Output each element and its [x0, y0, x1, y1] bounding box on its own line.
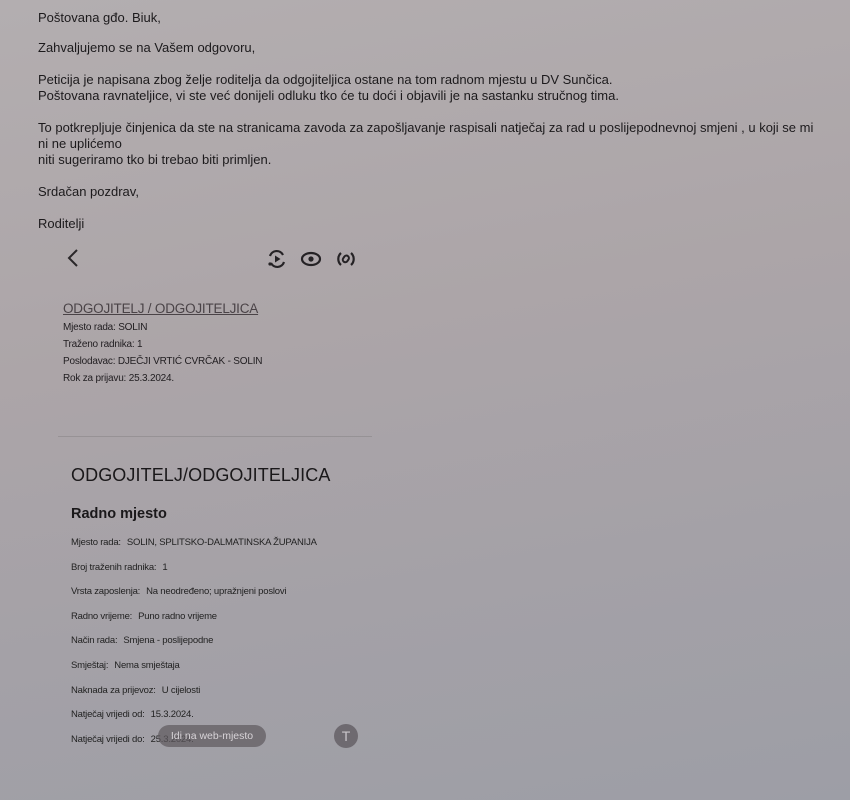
letter-line: Poštovana ravnateljice, vi ste već donij…: [38, 88, 838, 104]
field-row: Način rada:Smjena - poslijepodne: [71, 635, 376, 660]
field-row: Smještaj:Nema smještaja: [71, 660, 376, 685]
go-to-website-button[interactable]: Idi na web-mjesto: [158, 725, 266, 747]
field-value: Puno radno vrijeme: [138, 611, 217, 622]
letter-line: ni ne uplićemo: [38, 136, 838, 152]
field-label: Natječaj vrijedi do:: [71, 734, 145, 745]
sync-play-icon[interactable]: [266, 248, 288, 270]
field-label: Vrsta zaposlenja:: [71, 586, 140, 597]
letter-paragraph-1: Peticija je napisana zbog želje roditelj…: [38, 72, 838, 104]
field-label: Natječaj vrijedi od:: [71, 709, 145, 720]
chevron-left-icon[interactable]: [64, 246, 84, 270]
summary-row: Rok za prijavu: 25.3.2024.: [63, 370, 373, 387]
letter-body: Poštovana gđo. Biuk, Zahvaljujemo se na …: [38, 10, 838, 248]
field-value: Nema smještaja: [114, 660, 179, 671]
job-detail-title: ODGOJITELJ/ODGOJITELJICA: [71, 464, 376, 486]
field-row: Broj traženih radnika:1: [71, 562, 376, 587]
field-row: Mjesto rada:SOLIN, SPLITSKO-DALMATINSKA …: [71, 537, 376, 562]
field-value: 15.3.2024.: [151, 709, 194, 720]
job-summary: ODGOJITELJ / ODGOJITELJICA Mjesto rada: …: [63, 300, 373, 387]
section-heading: Radno mjesto: [71, 505, 376, 523]
field-label: Mjesto rada:: [71, 537, 121, 548]
letter-greeting: Poštovana gđo. Biuk,: [38, 10, 838, 26]
summary-row: Mjesto rada: SOLIN: [63, 319, 373, 336]
summary-row: Poslodavac: DJEČJI VRTIĆ CVRČAK - SOLIN: [63, 353, 373, 370]
field-row: Radno vrijeme:Puno radno vrijeme: [71, 611, 376, 636]
rotate-icon[interactable]: [335, 248, 357, 270]
text-format-icon[interactable]: T: [334, 724, 358, 748]
job-listing-screenshot: ODGOJITELJ / ODGOJITELJICA Mjesto rada: …: [58, 236, 376, 766]
field-value: Na neodređeno; upražnjeni poslovi: [146, 586, 286, 597]
field-label: Broj traženih radnika:: [71, 562, 156, 573]
field-label: Način rada:: [71, 635, 117, 646]
field-row: Vrsta zaposlenja:Na neodređeno; upražnje…: [71, 586, 376, 611]
letter-closing: Srdačan pozdrav,: [38, 184, 838, 200]
field-row: Naknada za prijevoz:U cijelosti: [71, 685, 376, 710]
job-title-link[interactable]: ODGOJITELJ / ODGOJITELJICA: [63, 300, 258, 318]
field-label: Naknada za prijevoz:: [71, 685, 156, 696]
letter-line: Peticija je napisana zbog želje roditelj…: [38, 72, 838, 88]
field-label: Radno vrijeme:: [71, 611, 132, 622]
letter-signature: Roditelji: [38, 216, 838, 232]
summary-row: Traženo radnika: 1: [63, 336, 373, 353]
letter-line: niti sugeriramo tko bi trebao biti priml…: [38, 152, 838, 168]
field-value: SOLIN, SPLITSKO-DALMATINSKA ŽUPANIJA: [127, 537, 317, 548]
field-value: U cijelosti: [162, 685, 200, 696]
field-label: Smještaj:: [71, 660, 108, 671]
divider: [58, 436, 372, 437]
eye-icon[interactable]: [300, 248, 322, 270]
field-value: 1: [162, 562, 167, 573]
letter-thanks: Zahvaljujemo se na Vašem odgovoru,: [38, 40, 838, 56]
letter-line: To potkrepljuje činjenica da ste na stra…: [38, 120, 838, 136]
letter-paragraph-2: To potkrepljuje činjenica da ste na stra…: [38, 120, 838, 168]
job-detail: ODGOJITELJ/ODGOJITELJICA Radno mjesto Mj…: [71, 464, 376, 758]
card-toolbar: [58, 236, 376, 280]
field-value: Smjena - poslijepodne: [123, 635, 213, 646]
